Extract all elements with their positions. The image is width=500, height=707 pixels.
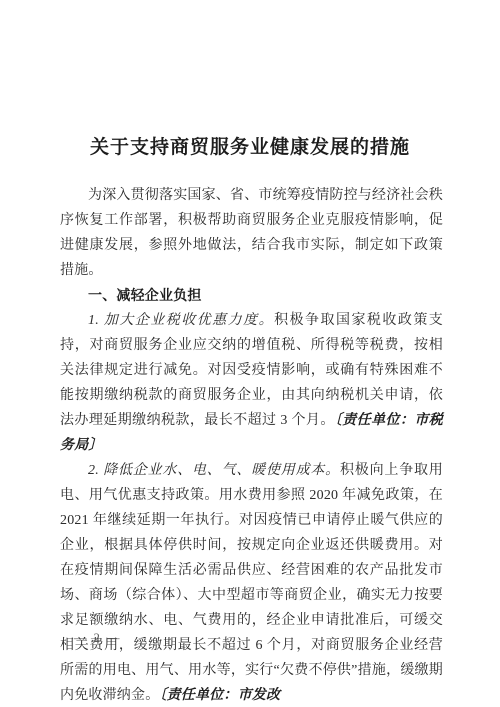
paragraph: 2. 降低企业水、电、气、暖使用成本。积极向上争取用电、用气优惠支持政策。用水费… (60, 458, 443, 707)
paragraph: 为深入贯彻落实国家、省、市统筹疫情防控与经济社会秩序恢复工作部署，积极帮助商贸服… (60, 183, 443, 283)
text-segment-kai-bold: 〔责任单位：市发改 (159, 688, 280, 703)
text-segment-body: 积极争取国家税收政策支持，对商贸服务企业应交纳的增值税、所得税等税费，按相关法律… (60, 313, 443, 428)
document-title: 关于支持商贸服务业健康发展的措施 (0, 132, 500, 159)
section-heading: 一、减轻企业负担 (60, 283, 443, 308)
text-segment-body: 为深入贯彻落实国家、省、市统筹疫情防控与经济社会秩序恢复工作部署，积极帮助商贸服… (60, 188, 443, 278)
document-page: 关于支持商贸服务业健康发展的措施 为深入贯彻落实国家、省、市统筹疫情防控与经济社… (0, 0, 500, 707)
text-segment-kai: 1. 加大企业税收优惠力度。 (88, 313, 274, 328)
text-segment-kai: 2. 降低企业水、电、气、暖使用成本。 (88, 463, 340, 478)
text-segment-heading: 一、减轻企业负担 (88, 287, 202, 303)
paragraph: 1. 加大企业税收优惠力度。积极争取国家税收政策支持，对商贸服务企业应交纳的增值… (60, 308, 443, 458)
page-number: — 2 — (74, 631, 122, 646)
text-segment-body: 积极向上争取用电、用气优惠支持政策。用水费用参照 2020 年减免政策，在 20… (60, 463, 443, 703)
document-body: 为深入贯彻落实国家、省、市统筹疫情防控与经济社会秩序恢复工作部署，积极帮助商贸服… (60, 183, 443, 707)
